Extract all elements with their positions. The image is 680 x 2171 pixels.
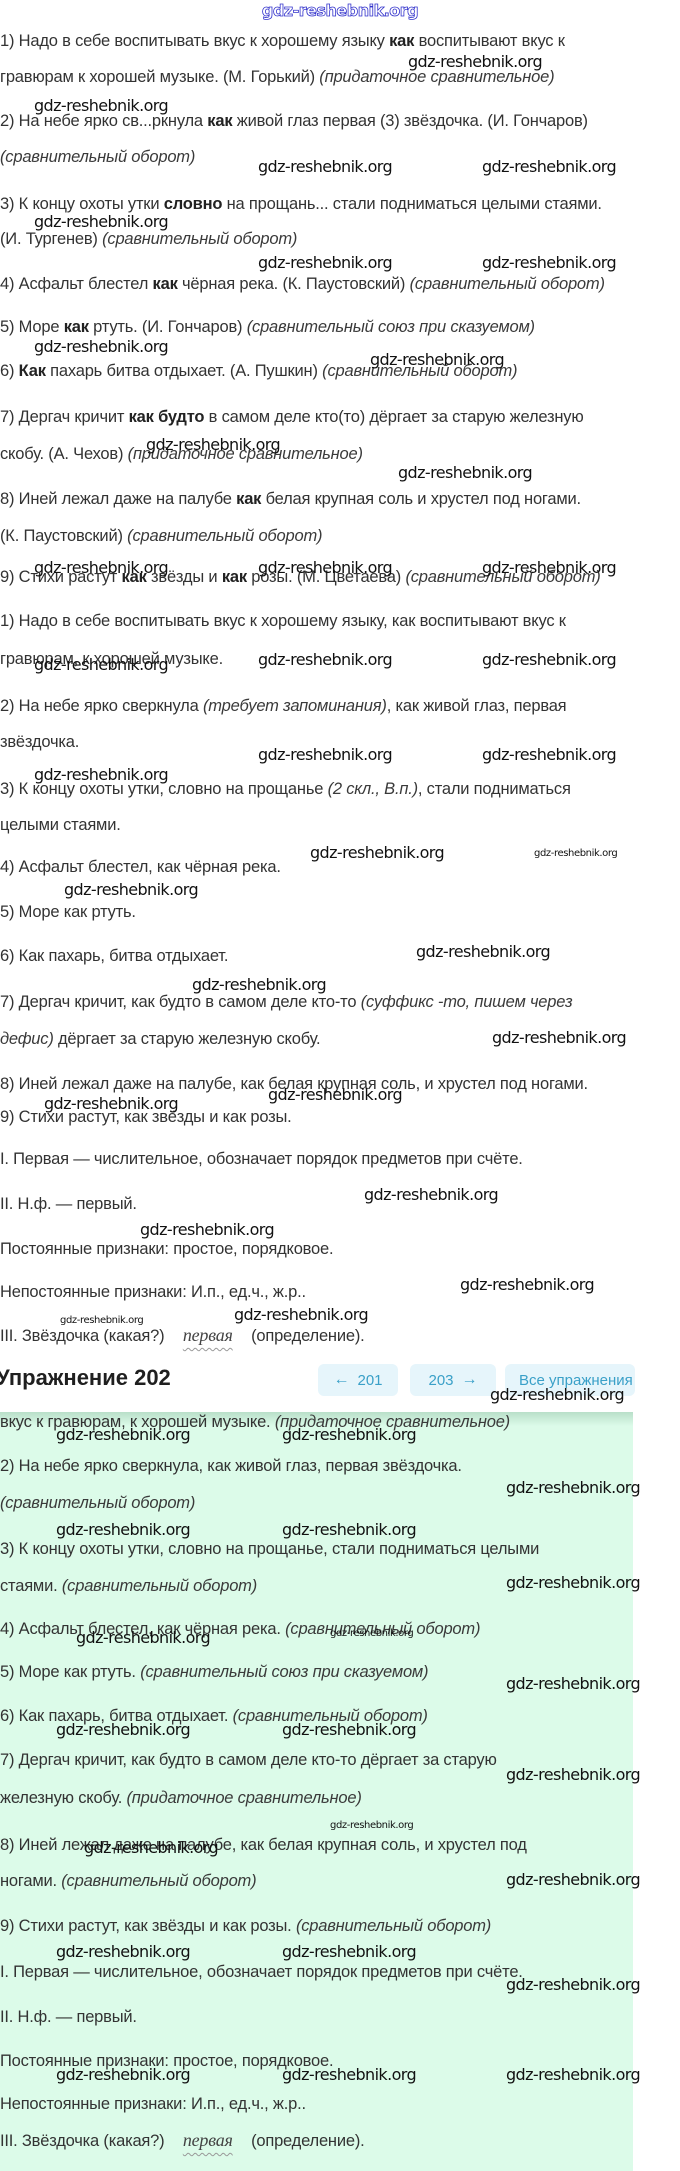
sentence-text: 2) На небе ярко сверкнула, как живой гла…: [0, 1457, 462, 1475]
watermark-text: gdz-reshebnik.org: [506, 1573, 640, 1592]
answer-line: 5) Море как ртуть.: [0, 903, 136, 922]
grammar-note: (сравнительный союз при сказуемом): [140, 1663, 428, 1681]
answer-line: II. Н.ф. — первый.: [0, 1195, 137, 1214]
panel-line: (сравнительный оборот): [0, 1494, 195, 1513]
task-line: 4) Асфальт блестел как чёрная река. (К. …: [0, 275, 605, 294]
grammar-note: (сравнительный оборот): [127, 527, 322, 545]
watermark-text: gdz-reshebnik.org: [506, 1870, 640, 1889]
panel-line: 2) На небе ярко сверкнула, как живой гла…: [0, 1457, 462, 1476]
sentence-text: К концу охоты утки: [19, 195, 164, 213]
grammar-note: (сравнительный оборот): [0, 148, 195, 166]
sentence-text: 4) Асфальт блестел, как чёрная река.: [0, 858, 281, 876]
sentence-text: 7) Дергач кричит, как будто в самом деле…: [0, 1751, 497, 1769]
sentence-text: скобу. (А. Чехов): [0, 445, 128, 463]
answer-line: дефис) дёргает за старую железную скобу.: [0, 1030, 320, 1049]
panel-line: 9) Стихи растут, как звёзды и как розы. …: [0, 1917, 491, 1936]
sentence-text: стаями.: [0, 1577, 62, 1595]
sentence-text: (И. Тургенев): [0, 230, 102, 248]
emphasized-conjunction: как: [207, 112, 232, 130]
sentence-text: Море: [19, 318, 64, 336]
morph-analysis-line: III. Звёздочка (какая?) первая (определе…: [0, 1325, 365, 1346]
panel-line: стаями. (сравнительный оборот): [0, 1577, 257, 1596]
sentence-text: , как живой глаз, первая: [387, 697, 567, 715]
sentence-text: Иней лежал даже на палубе: [19, 490, 236, 508]
sentence-text: звёздочка.: [0, 733, 79, 751]
emphasized-conjunction: как: [153, 275, 178, 293]
watermark-text: gdz-reshebnik.org: [234, 1305, 368, 1324]
sentence-text: 2) На небе ярко сверкнула: [0, 697, 203, 715]
watermark-text: gdz-reshebnik.org: [460, 1275, 594, 1294]
sentence-text: Дергач кричит: [19, 408, 129, 426]
watermark-text: gdz-reshebnik.org: [268, 1085, 402, 1104]
sentence-text: 9) Стихи растут, как звёзды и как розы.: [0, 1917, 296, 1935]
emphasized-conjunction: как: [64, 318, 89, 336]
watermark-text: gdz-reshebnik.org: [258, 650, 392, 669]
grammar-note: (требует запоминания): [203, 697, 387, 715]
sentence-text: II. Н.ф. — первый.: [0, 1195, 137, 1213]
sentence-text: воспитывают вкус к: [414, 32, 565, 50]
watermark-text: gdz-reshebnik.org: [506, 1674, 640, 1693]
grammar-note: (сравнительный оборот): [410, 275, 605, 293]
watermark-text: gdz-reshebnik.org: [398, 463, 532, 482]
morph-analysis-line-panel: III. Звёздочка (какая?) первая (определе…: [0, 2130, 365, 2151]
item-number: 9): [0, 568, 19, 586]
watermark-text: gdz-reshebnik.org: [56, 2065, 190, 2084]
watermark-text-small: gdz-reshebnik.org: [330, 1820, 413, 1831]
task-line: 5) Море как ртуть. (И. Гончаров) (сравни…: [0, 318, 535, 337]
item-number: 5): [0, 318, 19, 336]
watermark-text: gdz-reshebnik.org: [482, 558, 616, 577]
item-number: 6): [0, 362, 19, 380]
sentence-text: железную скобу.: [0, 1789, 126, 1807]
item-number: 3): [0, 195, 19, 213]
answer-line: 2) На небе ярко сверкнула (требует запом…: [0, 697, 566, 716]
watermark-text: gdz-reshebnik.org: [482, 157, 616, 176]
grammar-note: (сравнительный оборот): [0, 1494, 195, 1512]
panel-line: железную скобу. (придаточное сравнительн…: [0, 1789, 362, 1808]
answer-line: Непостоянные признаки: И.п., ед.ч., ж.р.…: [0, 1283, 306, 1302]
emphasized-conjunction: словно: [164, 195, 223, 213]
sentence-text: 3) К концу охоты утки, словно на прощань…: [0, 1540, 539, 1558]
sentence-text: целыми стаями.: [0, 816, 121, 834]
panel-line: 8) Иней лежал даже на палубе, как белая …: [0, 1836, 527, 1855]
watermark-text: gdz-reshebnik.org: [34, 765, 168, 784]
sentence-text: Непостоянные признаки: И.п., ед.ч., ж.р.…: [0, 1283, 306, 1301]
grammar-note: дефис): [0, 1030, 54, 1048]
watermark-text: gdz-reshebnik.org: [408, 52, 542, 71]
grammar-note: (сравнительный оборот): [61, 1872, 256, 1890]
sentence-text: 8) Иней лежал даже на палубе, как белая …: [0, 1836, 527, 1854]
answer-line: 7) Дергач кричит, как будто в самом деле…: [0, 993, 573, 1012]
watermark-text: gdz-reshebnik.org: [310, 843, 444, 862]
watermark-text-small: gdz-reshebnik.org: [330, 1628, 413, 1639]
sentence-text: , стали подниматься: [418, 780, 571, 798]
watermark-text: gdz-reshebnik.org: [34, 558, 168, 577]
sentence-text: Надо в себе воспитывать вкус к хорошему …: [19, 32, 389, 50]
item-number: 1): [0, 32, 19, 50]
item-number: 7): [0, 408, 19, 426]
arrow-right-icon: →: [462, 1371, 478, 1389]
watermark-text: gdz-reshebnik.org: [146, 435, 280, 454]
sentence-text: Непостоянные признаки: И.п., ед.ч., ж.р.…: [0, 2095, 306, 2113]
task-line: (сравнительный оборот): [0, 148, 195, 167]
emphasized-conjunction: Как: [19, 362, 46, 380]
sentence-text: ногами.: [0, 1872, 61, 1890]
sentence-text: 5) Море как ртуть.: [0, 903, 136, 921]
panel-line: Непостоянные признаки: И.п., ед.ч., ж.р.…: [0, 2095, 306, 2114]
task-line: 7) Дергач кричит как будто в самом деле …: [0, 408, 584, 427]
answer-line: звёздочка.: [0, 733, 79, 752]
item-number: 2): [0, 112, 19, 130]
watermark-text: gdz-reshebnik.org: [34, 337, 168, 356]
emphasized-conjunction: как: [389, 32, 414, 50]
sentence-text: Асфальт блестел: [19, 275, 153, 293]
watermark-text: gdz-reshebnik.org: [482, 745, 616, 764]
watermark-text: gdz-reshebnik.org: [506, 1765, 640, 1784]
watermark-text: gdz-reshebnik.org: [482, 253, 616, 272]
watermark-text: gdz-reshebnik.org: [258, 157, 392, 176]
panel-line: 3) К концу охоты утки, словно на прощань…: [0, 1540, 539, 1559]
watermark-text-small: gdz-reshebnik.org: [60, 1315, 143, 1326]
sentence-text: 1) Надо в себе воспитывать вкус к хороше…: [0, 612, 566, 630]
watermark-text: gdz-reshebnik.org: [56, 1425, 190, 1444]
sentence-text: 7) Дергач кричит, как будто в самом деле…: [0, 993, 361, 1011]
item-number: 4): [0, 275, 19, 293]
grammar-note: (сравнительный оборот): [62, 1577, 257, 1595]
watermark-text: gdz-reshebnik.org: [192, 975, 326, 994]
answer-line: 6) Как пахарь, битва отдыхает.: [0, 947, 228, 966]
panel-line: ногами. (сравнительный оборот): [0, 1872, 256, 1891]
answer-line: 1) Надо в себе воспитывать вкус к хороше…: [0, 612, 566, 631]
watermark-text: gdz-reshebnik.org: [482, 650, 616, 669]
grammar-note: (придаточное сравнительное): [126, 1789, 361, 1807]
watermark-text: gdz-reshebnik.org: [56, 1720, 190, 1739]
sentence-text: белая крупная соль и хрустел под ногами.: [261, 490, 581, 508]
watermark-text: gdz-reshebnik.org: [364, 1185, 498, 1204]
grammar-note: (суффикс -то, пишем через: [361, 993, 573, 1011]
site-logo[interactable]: gdz-reshebnik.org: [0, 1, 680, 20]
watermark-text: gdz-reshebnik.org: [258, 745, 392, 764]
watermark-text: gdz-reshebnik.org: [282, 1720, 416, 1739]
sentence-text: на прощань... стали подниматься целыми с…: [222, 195, 602, 213]
watermark-text: gdz-reshebnik.org: [258, 253, 392, 272]
watermark-text: gdz-reshebnik.org: [34, 212, 168, 231]
watermark-text: gdz-reshebnik.org: [44, 1094, 178, 1113]
sentence-text: ртуть. (И. Гончаров): [89, 318, 247, 336]
sentence-text: I. Первая — числительное, обозначает пор…: [0, 1150, 523, 1168]
grammar-note: (сравнительный союз при сказуемом): [247, 318, 535, 336]
task-line: 8) Иней лежал даже на палубе как белая к…: [0, 490, 581, 509]
watermark-text: gdz-reshebnik.org: [76, 1628, 210, 1647]
next-exercise-button[interactable]: 203 →: [410, 1364, 496, 1396]
underlined-word-panel: первая: [169, 2130, 247, 2150]
grammar-note: (сравнительный оборот): [102, 230, 297, 248]
watermark-text: gdz-reshebnik.org: [34, 96, 168, 115]
watermark-text: gdz-reshebnik.org: [140, 1220, 274, 1239]
panel-line: 5) Море как ртуть. (сравнительный союз п…: [0, 1663, 428, 1682]
exercise-title: Упражнение 202: [0, 1365, 171, 1391]
watermark-text: gdz-reshebnik.org: [56, 1942, 190, 1961]
watermark-text: gdz-reshebnik.org: [84, 1838, 218, 1857]
emphasized-conjunction: как: [222, 568, 247, 586]
answer-line: I. Первая — числительное, обозначает пор…: [0, 1150, 523, 1169]
watermark-text: gdz-reshebnik.org: [34, 655, 168, 674]
watermark-text: gdz-reshebnik.org: [492, 1028, 626, 1047]
grammar-note: (сравнительный оборот): [296, 1917, 491, 1935]
sentence-text: 5) Море как ртуть.: [0, 1663, 140, 1681]
emphasized-conjunction: как будто: [129, 408, 205, 426]
panel-line: I. Первая — числительное, обозначает пор…: [0, 1963, 523, 1982]
watermark-text: gdz-reshebnik.org: [282, 1942, 416, 1961]
sentence-text: чёрная река. (К. Паустовский): [178, 275, 410, 293]
watermark-text: gdz-reshebnik.org: [56, 1520, 190, 1539]
task-line: (К. Паустовский) (сравнительный оборот): [0, 527, 322, 546]
sentence-text: пахарь битва отдыхает. (А. Пушкин): [46, 362, 322, 380]
answer-line: Постоянные признаки: простое, порядковое…: [0, 1240, 333, 1259]
watermark-text: gdz-reshebnik.org: [506, 1478, 640, 1497]
sentence-text: дёргает за старую железную скобу.: [54, 1030, 321, 1048]
watermark-text: gdz-reshebnik.org: [64, 880, 198, 899]
emphasized-conjunction: как: [236, 490, 261, 508]
answer-line: 4) Асфальт блестел, как чёрная река.: [0, 858, 281, 877]
sentence-text: II. Н.ф. — первый.: [0, 2008, 137, 2026]
watermark-text: gdz-reshebnik.org: [282, 1520, 416, 1539]
watermark-text: gdz-reshebnik.org: [282, 1425, 416, 1444]
panel-line: 7) Дергач кричит, как будто в самом деле…: [0, 1751, 497, 1770]
sentence-text: гравюрам к хорошей музыке. (М. Горький): [0, 68, 319, 86]
watermark-text: gdz-reshebnik.org: [416, 942, 550, 961]
watermark-text: gdz-reshebnik.org: [258, 558, 392, 577]
grammar-note: (2 скл., В.п.): [328, 780, 418, 798]
watermark-text: gdz-reshebnik.org: [506, 1975, 640, 1994]
arrow-left-icon: ←: [333, 1371, 349, 1389]
watermark-text-small: gdz-reshebnik.org: [534, 848, 617, 859]
watermark-text: gdz-reshebnik.org: [370, 350, 504, 369]
watermark-text: gdz-reshebnik.org: [282, 2065, 416, 2084]
sentence-text: I. Первая — числительное, обозначает пор…: [0, 1963, 523, 1981]
watermark-text: gdz-reshebnik.org: [490, 1385, 624, 1404]
item-number: 8): [0, 490, 19, 508]
task-line: (И. Тургенев) (сравнительный оборот): [0, 230, 297, 249]
prev-exercise-button[interactable]: ← 201: [318, 1364, 398, 1396]
task-line: 1) Надо в себе воспитывать вкус к хороше…: [0, 32, 565, 51]
sentence-text: живой глаз первая (3) звёздочка. (И. Гон…: [232, 112, 587, 130]
underlined-word: первая: [169, 1325, 247, 1345]
sentence-text: в самом деле кто(то) дёргает за старую ж…: [204, 408, 583, 426]
sentence-text: 6) Как пахарь, битва отдыхает.: [0, 947, 228, 965]
watermark-text: gdz-reshebnik.org: [506, 2065, 640, 2084]
panel-line: II. Н.ф. — первый.: [0, 2008, 137, 2027]
sentence-text: Постоянные признаки: простое, порядковое…: [0, 1240, 333, 1258]
sentence-text: (К. Паустовский): [0, 527, 127, 545]
answer-line: целыми стаями.: [0, 816, 121, 835]
